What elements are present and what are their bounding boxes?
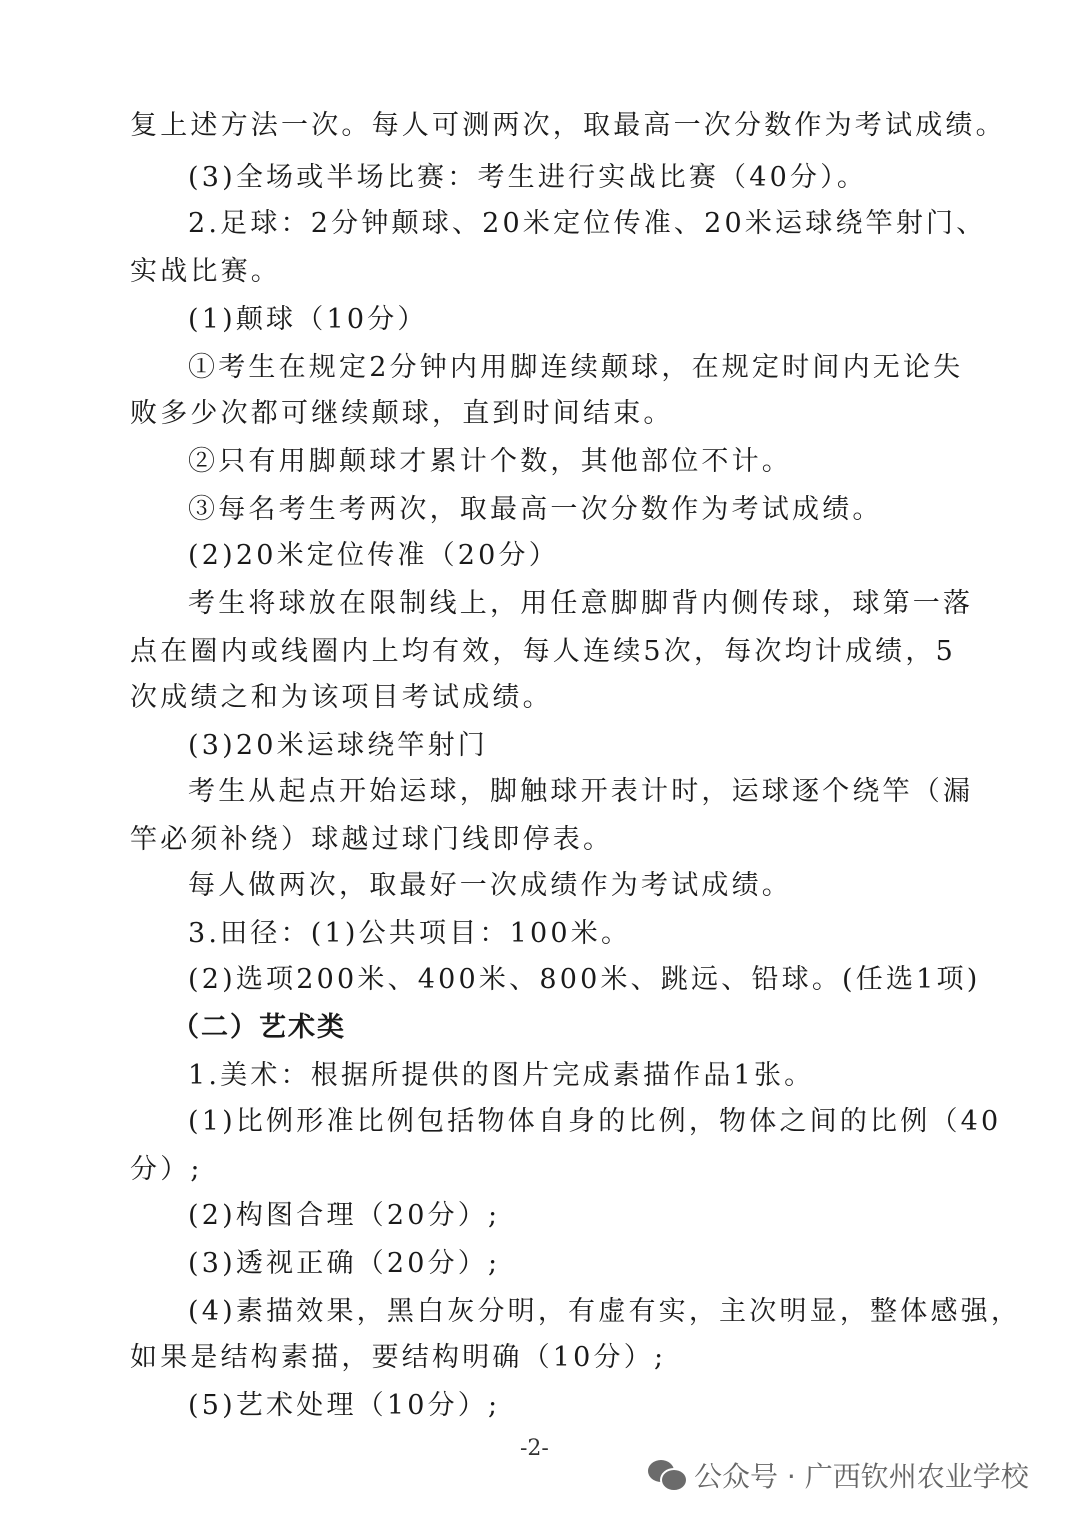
document-page: -2- 公众号 · 广西钦州农业学校 复上述方法一次。每人可测两次，取最高一次分…	[0, 0, 1080, 1527]
text-line: 点在圈内或线圈内上均有效，每人连续5次，每次均计成绩，5	[130, 634, 956, 670]
section-heading: （二）艺术类	[172, 1010, 346, 1046]
text-line: 3.田径：(1)公共项目：100米。	[188, 916, 631, 952]
wechat-icon	[648, 1460, 686, 1490]
text-line: 复上述方法一次。每人可测两次，取最高一次分数作为考试成绩。	[130, 108, 1006, 144]
text-line: (5)艺术处理（10分）;	[188, 1388, 500, 1424]
text-line: 分）;	[130, 1152, 203, 1188]
text-line: (2)20米定位传准（20分）	[188, 538, 559, 574]
page-number: -2-	[520, 1436, 549, 1461]
text-line: (2)构图合理（20分）;	[188, 1198, 500, 1234]
text-line: (1)比例形准比例包括物体自身的比例，物体之间的比例（40	[188, 1104, 1001, 1140]
text-line: 竿必须补绕）球越过球门线即停表。	[130, 822, 613, 858]
watermark: 公众号 · 广西钦州农业学校	[648, 1455, 1029, 1495]
watermark-label: 公众号 · 广西钦州农业学校	[694, 1455, 1029, 1495]
text-line: 1.美术：根据所提供的图片完成素描作品1张。	[188, 1058, 814, 1094]
text-line: 败多少次都可继续颠球，直到时间结束。	[130, 396, 674, 432]
text-line: ①考生在规定2分钟内用脚连续颠球，在规定时间内无论失	[188, 350, 963, 386]
text-line: 考生将球放在限制线上，用任意脚脚背内侧传球，球第一落	[188, 586, 973, 622]
text-line: ③每名考生考两次，取最高一次分数作为考试成绩。	[188, 492, 883, 528]
text-line: (3)透视正确（20分）;	[188, 1246, 500, 1282]
text-line: 次成绩之和为该项目考试成绩。	[130, 680, 553, 716]
text-line: ②只有用脚颠球才累计个数，其他部位不计。	[188, 444, 792, 480]
text-line: 实战比赛。	[130, 254, 281, 290]
text-line: 每人做两次，取最好一次成绩作为考试成绩。	[188, 868, 792, 904]
text-line: (4)素描效果，黑白灰分明，有虚有实，主次明显，整体感强，	[188, 1294, 1021, 1330]
text-line: (2)选项200米、400米、800米、跳远、铅球。(任选1项)	[188, 962, 981, 998]
text-line: (1)颠球（10分）	[188, 302, 428, 338]
text-line: (3)20米运球绕竿射门	[188, 728, 488, 764]
text-line: (3)全场或半场比赛：考生进行实战比赛（40分）。	[188, 160, 867, 196]
text-line: 2.足球：2分钟颠球、20米定位传准、20米运球绕竿射门、	[188, 206, 986, 242]
text-line: 考生从起点开始运球，脚触球开表计时，运球逐个绕竿（漏	[188, 774, 973, 810]
text-line: 如果是结构素描，要结构明确（10分）;	[130, 1340, 666, 1376]
